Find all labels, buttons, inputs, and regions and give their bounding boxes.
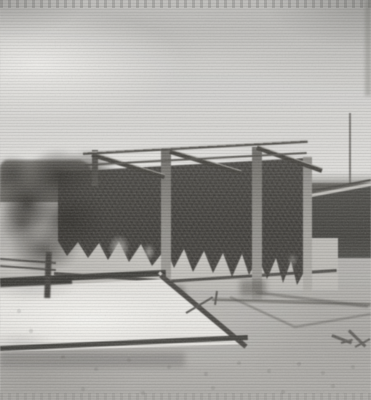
top-print-artifact [0,0,371,8]
frame-post [252,147,262,300]
frame-post [303,157,312,298]
cloth-gap [285,250,300,270]
photograph [0,0,371,400]
bottom-print-artifact [0,393,371,400]
cloth-gap [140,240,158,264]
photo-scene [0,0,371,400]
right-edge-artifact [365,0,371,96]
front-edge-shadow [0,352,185,367]
